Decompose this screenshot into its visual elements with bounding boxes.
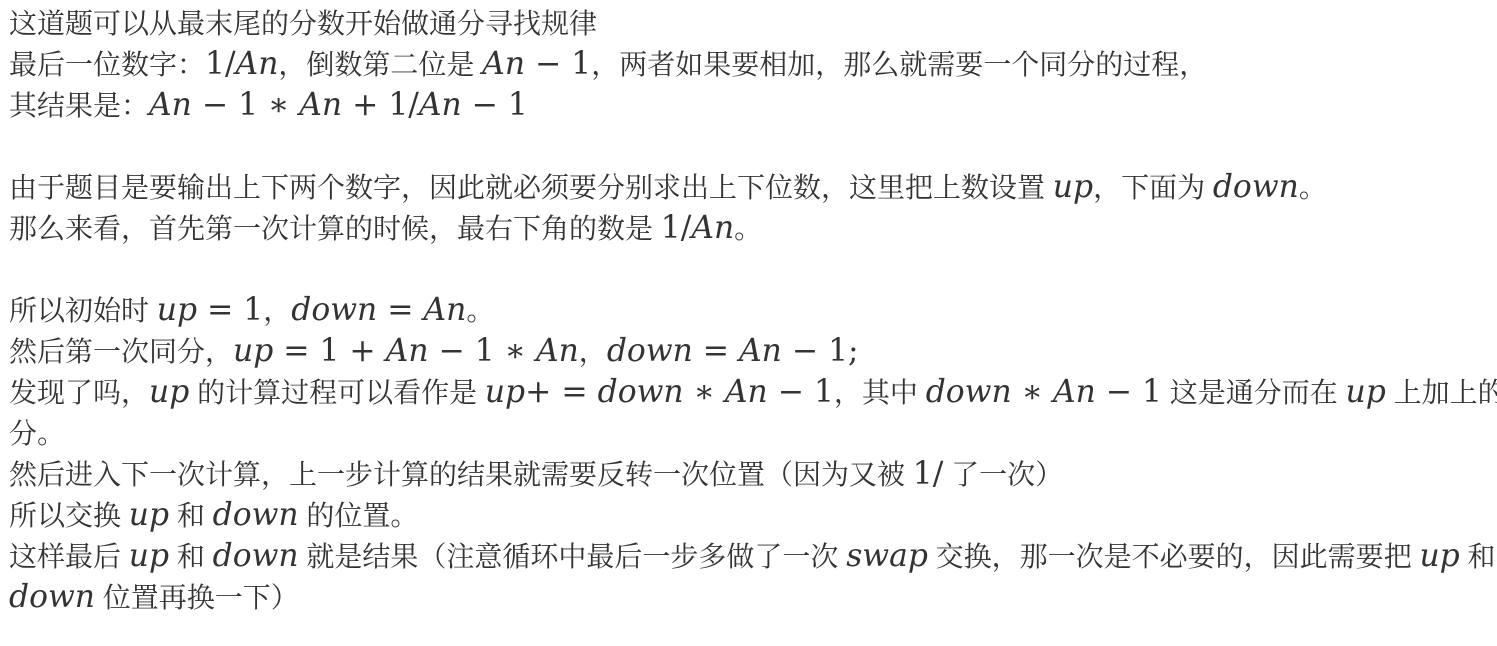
math-expression: down ∗ An − 1: [926, 374, 1162, 410]
math-expression: down: [9, 579, 95, 615]
text-line: 然后第一次同分，up = 1 + An − 1 ∗ An，down = An −…: [9, 331, 1485, 372]
text-line: 由于题目是要输出上下两个数字，因此就必须要分别求出上下位数，这里把上数设置 up…: [9, 167, 1485, 208]
text-run: 分。: [9, 418, 65, 449]
math-expression: down: [213, 538, 299, 574]
text-run: 和: [1460, 541, 1496, 572]
text-run: 所以交换: [9, 500, 129, 531]
math-expression: up = 1: [157, 292, 263, 328]
text-run: 这道题可以从最末尾的分数开始做通分寻找规律: [9, 8, 597, 39]
text-run: 由于题目是要输出上下两个数字，因此就必须要分别求出上下位数，这里把上数设置: [9, 172, 1053, 203]
text-run: 。: [734, 213, 762, 244]
text-run: 上加上的部: [1386, 377, 1497, 408]
text-run: 这样最后: [9, 541, 129, 572]
text-line: 分。: [9, 413, 1485, 454]
text-run: 所以初始时: [9, 295, 157, 326]
text-run: ，: [579, 336, 607, 367]
paragraph-1: 这道题可以从最末尾的分数开始做通分寻找规律最后一位数字：1/An，倒数第二位是 …: [9, 3, 1485, 126]
text-run: ，下面为: [1093, 172, 1213, 203]
math-expression: swap: [846, 538, 928, 574]
math-expression: up = 1 + An − 1 ∗ An: [233, 333, 579, 369]
math-expression: up: [1419, 538, 1459, 574]
text-run: 最后一位数字：: [9, 49, 205, 80]
text-run: 的位置。: [299, 500, 419, 531]
math-expression: up: [149, 374, 189, 410]
text-run: 。: [466, 295, 494, 326]
text-run: 位置再换一下）: [95, 582, 299, 613]
text-line: down 位置再换一下）: [9, 577, 1485, 618]
text-run: 。: [1299, 172, 1327, 203]
text-line: 最后一位数字：1/An，倒数第二位是 An − 1，两者如果要相加，那么就需要一…: [9, 44, 1485, 85]
text-run: ，: [263, 295, 291, 326]
math-expression: 1/An: [661, 210, 734, 246]
math-expression: up: [1346, 374, 1386, 410]
text-run: 和: [169, 500, 213, 531]
math-expression: down = An: [291, 292, 466, 328]
text-line: 所以初始时 up = 1，down = An。: [9, 290, 1485, 331]
text-run: 交换，那一次是不必要的，因此需要把: [928, 541, 1420, 572]
text-run: 那么来看，首先第一次计算的时候，最右下角的数是: [9, 213, 661, 244]
text-run: 了一次）: [943, 459, 1063, 490]
text-line: 这样最后 up 和 down 就是结果（注意循环中最后一步多做了一次 swap …: [9, 536, 1485, 577]
text-line: 发现了吗，up 的计算过程可以看作是 up+ = down ∗ An − 1，其…: [9, 372, 1485, 413]
text-line: 这道题可以从最末尾的分数开始做通分寻找规律: [9, 3, 1485, 44]
text-line: 其结果是：An − 1 ∗ An + 1/An − 1: [9, 85, 1485, 126]
text-run: ，两者如果要相加，那么就需要一个同分的过程，: [591, 49, 1207, 80]
text-run: ，倒数第二位是: [278, 49, 482, 80]
paragraph-2: 由于题目是要输出上下两个数字，因此就必须要分别求出上下位数，这里把上数设置 up…: [9, 167, 1485, 249]
math-expression: up+ = down ∗ An − 1: [485, 374, 834, 410]
text-run: 这是通分而在: [1162, 377, 1346, 408]
article-body: 这道题可以从最末尾的分数开始做通分寻找规律最后一位数字：1/An，倒数第二位是 …: [0, 0, 1497, 618]
math-expression: 1/An: [205, 46, 278, 82]
math-expression: up: [1053, 169, 1093, 205]
math-expression: down = An − 1;: [607, 333, 859, 369]
math-expression: An − 1: [482, 46, 591, 82]
text-line: 然后进入下一次计算，上一步计算的结果就需要反转一次位置（因为又被 1/ 了一次）: [9, 454, 1485, 495]
text-run: 发现了吗，: [9, 377, 149, 408]
paragraph-3: 所以初始时 up = 1，down = An。然后第一次同分，up = 1 + …: [9, 290, 1485, 618]
text-line: 所以交换 up 和 down 的位置。: [9, 495, 1485, 536]
math-expression: down: [213, 497, 299, 533]
text-run: 的计算过程可以看作是: [189, 377, 485, 408]
text-run: 其结果是：: [9, 90, 149, 121]
text-line: 那么来看，首先第一次计算的时候，最右下角的数是 1/An。: [9, 208, 1485, 249]
text-run: ，其中: [834, 377, 926, 408]
text-run: 和: [169, 541, 213, 572]
math-expression: 1/: [913, 456, 944, 492]
text-run: 然后第一次同分，: [9, 336, 233, 367]
text-run: 然后进入下一次计算，上一步计算的结果就需要反转一次位置（因为又被: [9, 459, 913, 490]
math-expression: up: [129, 497, 169, 533]
math-expression: An − 1 ∗ An + 1/An − 1: [149, 87, 528, 123]
math-expression: down: [1213, 169, 1299, 205]
math-expression: up: [129, 538, 169, 574]
text-run: 就是结果（注意循环中最后一步多做了一次: [299, 541, 847, 572]
